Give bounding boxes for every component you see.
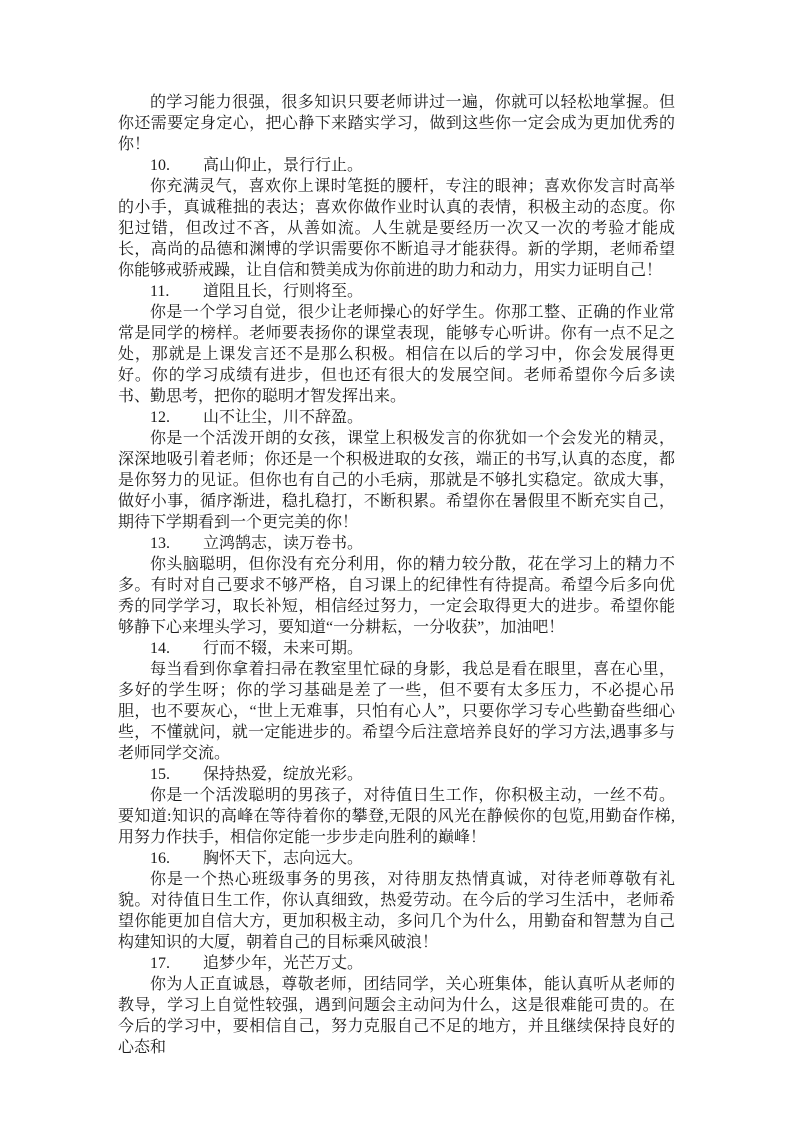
item-heading: 11.道阻且长，行则将至。 [118, 281, 675, 302]
item-body: 你是一个热心班级事务的男孩，对待朋友热情真诚，对待老师尊敬有礼貌。对待值日生工作… [118, 869, 675, 953]
item-body: 你头脑聪明，但你没有充分利用，你的精力较分散，花在学习上的精力不多。有时对自己要… [118, 554, 675, 638]
item-body: 你充满灵气，喜欢你上课时笔挺的腰杆，专注的眼神；喜欢你发言时高举的小手，真诚稚拙… [118, 176, 675, 281]
item-title: 立鸿鹄志，读万卷书。 [203, 535, 363, 552]
comment-item-12: 12.山不让尘，川不辞盈。 你是一个活泼开朗的女孩，课堂上积极发言的你犹如一个会… [118, 407, 675, 533]
item-heading: 16.胸怀天下，志向远大。 [118, 848, 675, 869]
comment-item-13: 13.立鸿鹄志，读万卷书。 你头脑聪明，但你没有充分利用，你的精力较分散，花在学… [118, 533, 675, 638]
item-body: 每当看到你拿着扫帚在教室里忙碌的身影，我总是看在眼里，喜在心里，多好的学生呀；你… [118, 659, 675, 764]
item-number: 14. [150, 638, 203, 659]
item-title: 山不让尘，川不辞盈。 [203, 409, 363, 426]
item-heading: 14.行而不辍，未来可期。 [118, 638, 675, 659]
item-number: 13. [150, 533, 203, 554]
item-heading: 15.保持热爱，绽放光彩。 [118, 764, 675, 785]
document-page: 的学习能力很强，很多知识只要老师讲过一遍，你就可以轻松地掌握。但你还需要定身定心… [0, 0, 793, 1122]
comment-item-17: 17.追梦少年，光芒万丈。 你为人正直诚恳，尊敬老师，团结同学，关心班集体，能认… [118, 953, 675, 1058]
item-heading: 12.山不让尘，川不辞盈。 [118, 407, 675, 428]
item-heading: 13.立鸿鹄志，读万卷书。 [118, 533, 675, 554]
item-title: 保持热爱，绽放光彩。 [203, 766, 363, 783]
item-number: 10. [150, 155, 203, 176]
item-body: 你是一个活泼聪明的男孩子，对待值日生工作，你积极主动，一丝不苟。要知道:知识的高… [118, 785, 675, 848]
item-number: 17. [150, 953, 203, 974]
comment-item-14: 14.行而不辍，未来可期。 每当看到你拿着扫帚在教室里忙碌的身影，我总是看在眼里… [118, 638, 675, 764]
item-number: 11. [150, 281, 203, 302]
item-title: 高山仰止，景行行止。 [203, 157, 363, 174]
item-title: 追梦少年，光芒万丈。 [203, 955, 363, 972]
item-body: 你是一个活泼开朗的女孩，课堂上积极发言的你犹如一个会发光的精灵，深深地吸引着老师… [118, 428, 675, 533]
item-number: 15. [150, 764, 203, 785]
comment-item-11: 11.道阻且长，行则将至。 你是一个学习自觉，很少让老师操心的好学生。你那工整、… [118, 281, 675, 407]
comment-item-16: 16.胸怀天下，志向远大。 你是一个热心班级事务的男孩，对待朋友热情真诚，对待老… [118, 848, 675, 953]
item-heading: 10.高山仰止，景行行止。 [118, 155, 675, 176]
item-number: 12. [150, 407, 203, 428]
item-body: 你为人正直诚恳，尊敬老师，团结同学，关心班集体，能认真听从老师的教导，学习上自觉… [118, 974, 675, 1058]
item-number: 16. [150, 848, 203, 869]
item-body: 你是一个学习自觉，很少让老师操心的好学生。你那工整、正确的作业常常是同学的榜样。… [118, 302, 675, 407]
item-heading: 17.追梦少年，光芒万丈。 [118, 953, 675, 974]
comment-item-15: 15.保持热爱，绽放光彩。 你是一个活泼聪明的男孩子，对待值日生工作，你积极主动… [118, 764, 675, 848]
comment-item-10: 10.高山仰止，景行行止。 你充满灵气，喜欢你上课时笔挺的腰杆，专注的眼神；喜欢… [118, 155, 675, 281]
document-content: 的学习能力很强，很多知识只要老师讲过一遍，你就可以轻松地掌握。但你还需要定身定心… [118, 92, 675, 1058]
intro-paragraph: 的学习能力很强，很多知识只要老师讲过一遍，你就可以轻松地掌握。但你还需要定身定心… [118, 92, 675, 155]
item-title: 行而不辍，未来可期。 [203, 640, 363, 657]
item-title: 胸怀天下，志向远大。 [203, 850, 363, 867]
item-title: 道阻且长，行则将至。 [203, 283, 363, 300]
